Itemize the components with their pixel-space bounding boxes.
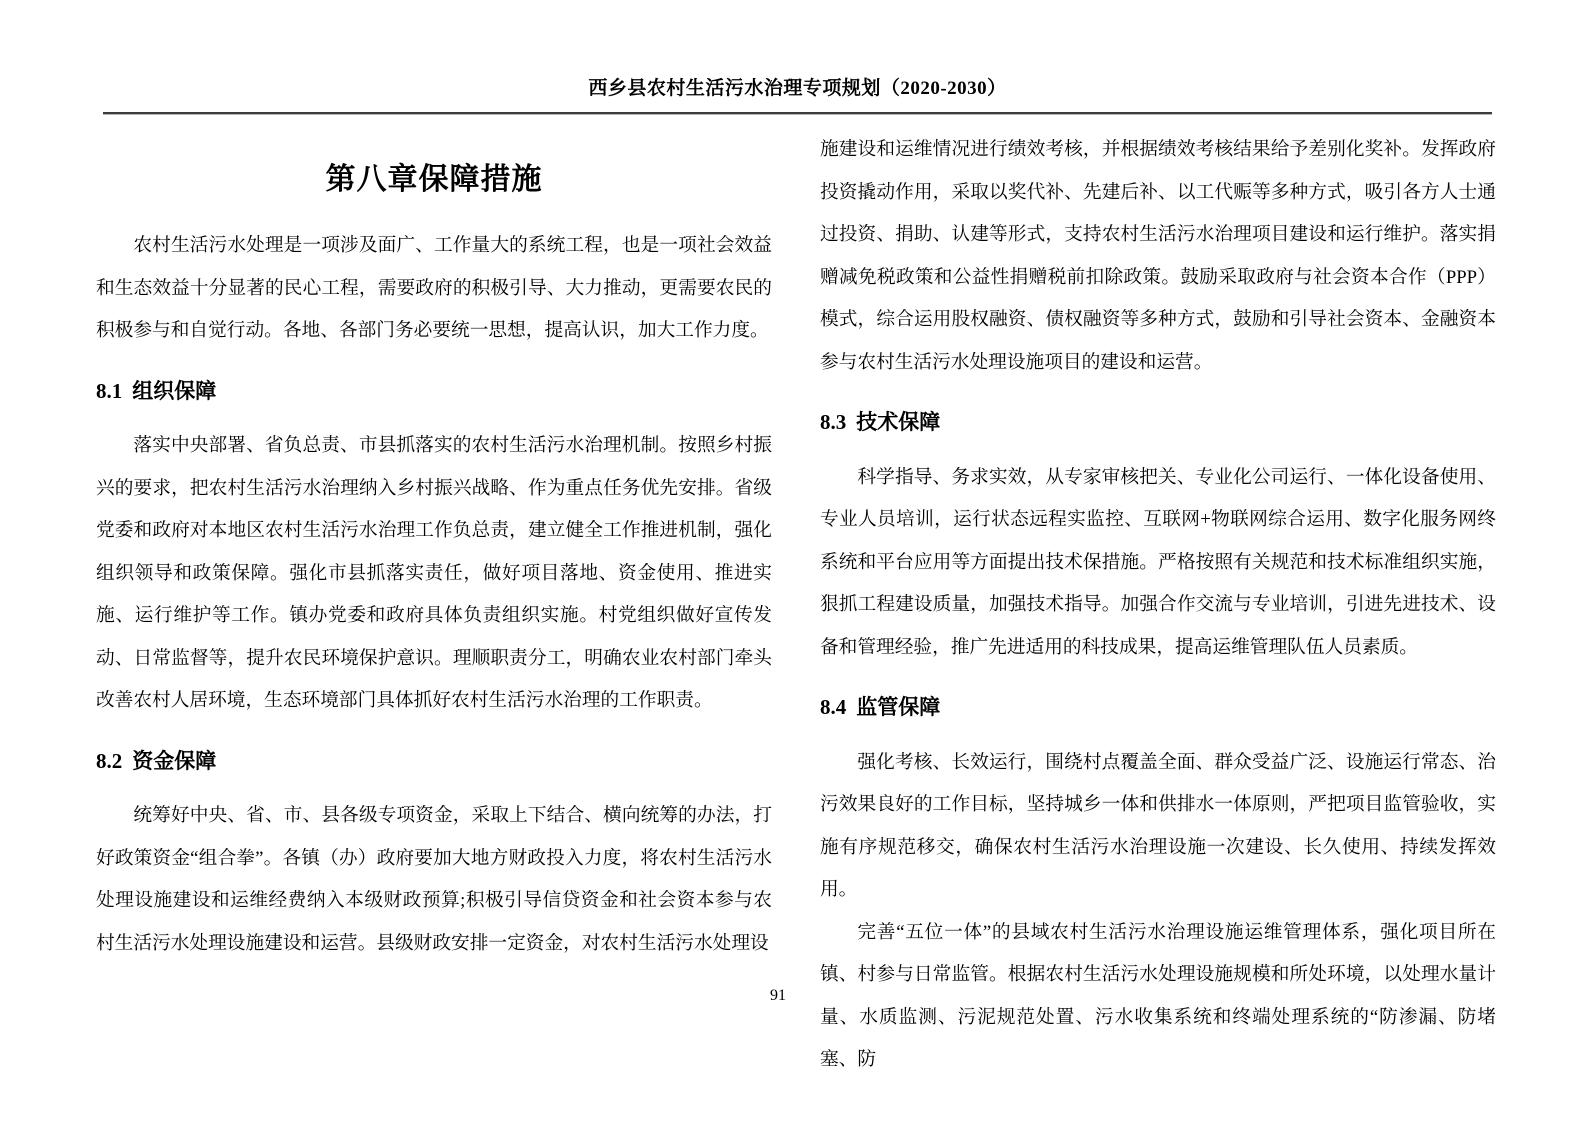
section-8-2-paragraph: 统筹好中央、省、市、县各级专项资金，采取上下结合、横向统筹的办法，打好政策资金“… [96,795,772,965]
section-8-3-heading: 8.3技术保障 [820,401,1496,445]
chapter-title: 第八章保障措施 [96,140,772,202]
header-rule [103,112,1492,115]
section-8-4-paragraph-1: 强化考核、长效运行，围绕村点覆盖全面、群众受益广泛、设施运行常态、治污效果良好的… [820,742,1496,912]
section-8-4-label: 监管保障 [856,696,940,719]
section-8-3-paragraph: 科学指导、务求实效，从专家审核把关、专业化公司运行、一体化设备使用、专业人员培训… [820,457,1496,670]
left-column: 第八章保障措施 农村生活污水处理是一项涉及面广、工作量大的系统工程，也是一项社会… [96,140,772,965]
section-8-4-number: 8.4 [820,695,846,719]
continuation-paragraph: 施建设和运维情况进行绩效考核，并根据绩效考核结果给予差别化奖补。发挥政府投资撬动… [820,129,1496,384]
page-header-title: 西乡县农村生活污水治理专项规划（2020-2030） [103,76,1492,102]
section-8-2-heading: 8.2资金保障 [96,740,772,784]
section-8-3-label: 技术保障 [856,411,940,434]
right-column: 施建设和运维情况进行绩效考核，并根据绩效考核结果给予差别化奖补。发挥政府投资撬动… [820,129,1496,1082]
document-page: 西乡县农村生活污水治理专项规划（2020-2030） 第八章保障措施 农村生活污… [0,0,1587,1122]
section-8-1-heading: 8.1组织保障 [96,370,772,414]
section-8-1-label: 组织保障 [132,380,216,403]
section-8-1-number: 8.1 [96,379,122,403]
section-8-2-number: 8.2 [96,749,122,773]
section-8-4-paragraph-2: 完善“五位一体”的县域农村生活污水治理设施运维管理体系，强化项目所在镇、村参与日… [820,912,1496,1082]
page-number: 91 [770,985,786,1007]
section-8-4-heading: 8.4监管保障 [820,686,1496,730]
section-8-2-label: 资金保障 [132,750,216,773]
section-8-3-number: 8.3 [820,410,846,434]
intro-paragraph: 农村生活污水处理是一项涉及面广、工作量大的系统工程，也是一项社会效益和生态效益十… [96,225,772,353]
section-8-1-paragraph: 落实中央部署、省负总责、市县抓落实的农村生活污水治理机制。按照乡村振兴的要求，把… [96,425,772,723]
